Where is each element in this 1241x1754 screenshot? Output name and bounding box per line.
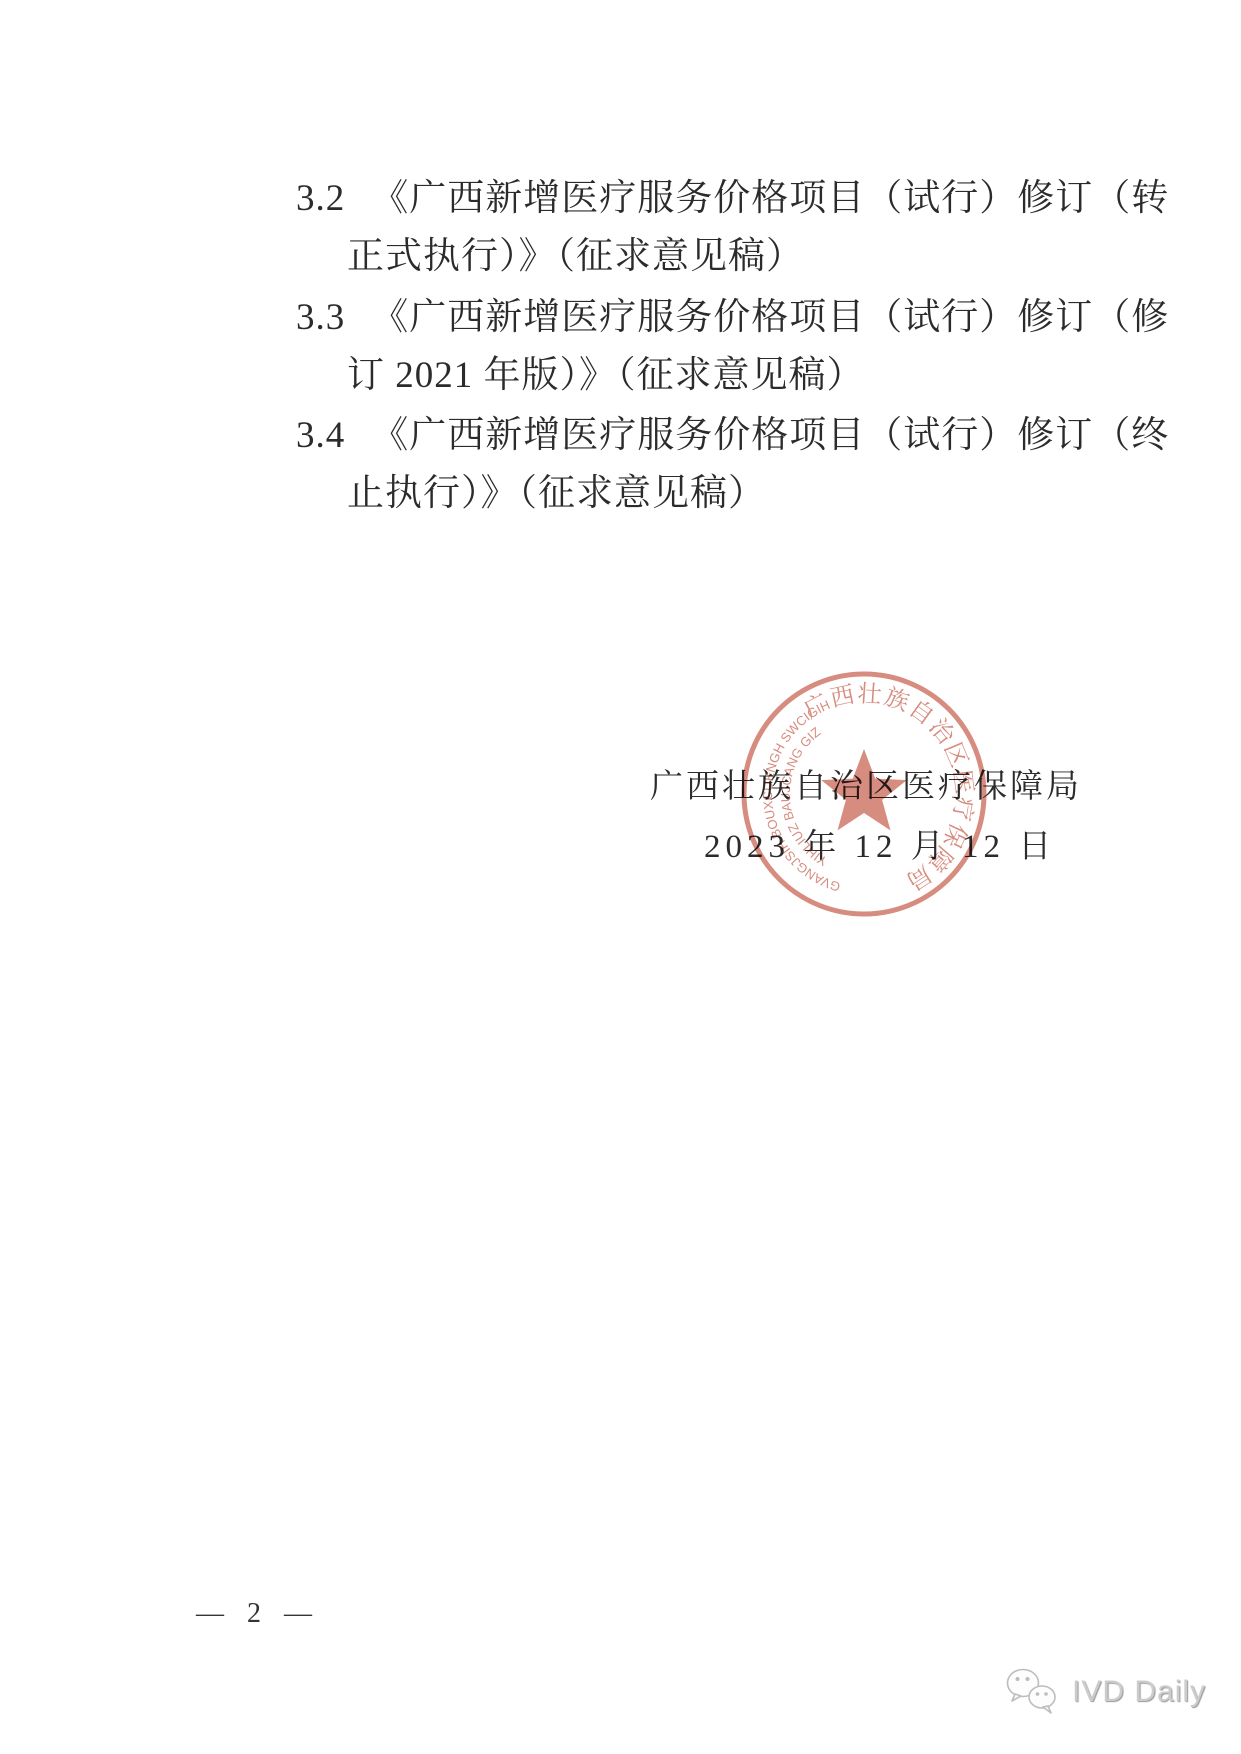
item-number: 3.3 (296, 297, 345, 340)
item-text: 止执行）》（征求意见稿） (347, 473, 766, 514)
list-item-3-3-line1: 3.3《广西新增医疗服务价格项目（试行）修订（修 (296, 297, 1169, 340)
item-text: 《广西新增医疗服务价格项目（试行）修订（终 (371, 415, 1169, 456)
list-item-3-4-line2: 止执行）》（征求意见稿） (347, 473, 766, 516)
list-item-3-2-line1: 3.2《广西新增医疗服务价格项目（试行）修订（转 (296, 178, 1169, 221)
item-text: 正式执行）》（征求意见稿） (347, 236, 804, 277)
signature-date: 2023 年 12 月 12 日 (704, 820, 1056, 867)
item-text: 《广西新增医疗服务价格项目（试行）修订（修 (371, 297, 1169, 338)
item-number: 3.4 (296, 415, 345, 458)
item-number: 3.2 (296, 178, 345, 221)
item-text: 订 2021 年版）》（征求意见稿） (347, 355, 865, 396)
page-number: — 2 — (196, 1598, 320, 1630)
list-item-3-4-line1: 3.4《广西新增医疗服务价格项目（试行）修订（终 (296, 415, 1169, 458)
signature-agency: 广西壮族自治区医疗保障局 (650, 760, 1082, 807)
document-page: 3.2《广西新增医疗服务价格项目（试行）修订（转 正式执行）》（征求意见稿） 3… (0, 0, 1241, 1754)
watermark: IVD Daily (1002, 1666, 1206, 1718)
list-item-3-2-line2: 正式执行）》（征求意见稿） (347, 236, 804, 279)
wechat-icon (1002, 1666, 1064, 1718)
list-item-3-3-line2: 订 2021 年版）》（征求意见稿） (347, 355, 865, 398)
watermark-label: IVD Daily (1072, 1675, 1206, 1709)
item-text: 《广西新增医疗服务价格项目（试行）修订（转 (371, 178, 1169, 219)
